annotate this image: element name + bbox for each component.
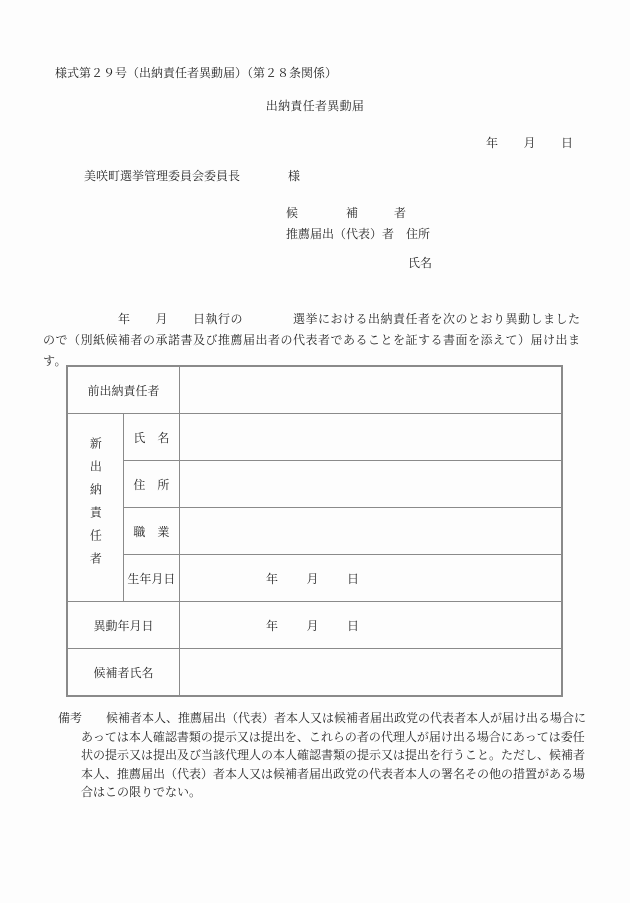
remarks-line-3: 状の提示又は提出及び当該代理人の本人確認書類の提示又は提出を行うこと。ただし、候… bbox=[81, 746, 586, 765]
body-paragraph-line-2: ので（別紙候補者の承諾書及び推薦届出者の代表者であることを証する書面を添えて）届… bbox=[43, 330, 581, 351]
birthdate-label-cell: 生年月日 bbox=[123, 555, 179, 602]
name-label: 氏名 bbox=[408, 257, 432, 269]
new-manager-group-cell: 新出納責任者 bbox=[67, 414, 123, 602]
name-label-cell: 氏 名 bbox=[123, 414, 179, 461]
change-date-value-cell: 年 月 日 bbox=[180, 602, 563, 649]
name-value-cell bbox=[180, 414, 563, 461]
table-row-new-manager-address: 住 所 bbox=[67, 461, 562, 508]
previous-manager-value-cell bbox=[180, 366, 563, 414]
candidate-name-value-cell bbox=[180, 649, 563, 697]
birthdate-date-placeholder: 年 月 日 bbox=[180, 570, 361, 587]
candidate-label: 候 補 者 bbox=[286, 207, 406, 219]
new-manager-vertical-label: 新出納責任者 bbox=[89, 437, 101, 575]
address-value-cell bbox=[180, 461, 563, 508]
addressee-line: 美咲町選挙管理委員会委員長 様 bbox=[84, 170, 300, 182]
remarks-note: 備考 候補者本人、推薦届出（代表）者本人又は候補者届出政党の代表者本人が届け出る… bbox=[58, 709, 586, 802]
document-title: 出納責任者異動届 bbox=[0, 100, 630, 112]
table-row-new-manager-birthdate: 生年月日 年 月 日 bbox=[67, 555, 562, 602]
table-row-new-manager-name: 新出納責任者 氏 名 bbox=[67, 414, 562, 461]
occupation-label-cell: 職 業 bbox=[123, 508, 179, 555]
table-row-previous-manager: 前出納責任者 bbox=[67, 366, 562, 414]
occupation-value-cell bbox=[180, 508, 563, 555]
representative-address-label: 推薦届出（代表）者 住所 bbox=[286, 228, 430, 240]
body-paragraph-line-1: 年 月 日執行の 選挙における出納責任者を次のとおり異動しました bbox=[43, 309, 581, 330]
remarks-line-1: 備考 候補者本人、推薦届出（代表）者本人又は候補者届出政党の代表者本人が届け出る… bbox=[58, 709, 586, 728]
remarks-line-4: 本人、推薦届出（代表）者本人又は候補者届出政党の代表者本人の署名その他の措置があ… bbox=[81, 765, 586, 784]
change-date-label-cell: 異動年月日 bbox=[67, 602, 180, 649]
address-label-cell: 住 所 bbox=[123, 461, 179, 508]
table-row-new-manager-occupation: 職 業 bbox=[67, 508, 562, 555]
document-page: 様式第２９号（出納責任者異動届）（第２８条関係） 出納責任者異動届 年 月 日 … bbox=[0, 0, 630, 903]
remarks-line-2: あっては本人確認書類の提示又は提出を、これらの者の代理人が届け出る場合にあっては… bbox=[81, 728, 586, 747]
remarks-line-5: 合はこの限りでない。 bbox=[81, 783, 586, 802]
body-paragraph: 年 月 日執行の 選挙における出納責任者を次のとおり異動しました ので（別紙候補… bbox=[43, 309, 581, 372]
candidate-name-label-cell: 候補者氏名 bbox=[67, 649, 180, 697]
form-number-line: 様式第２９号（出納責任者異動届）（第２８条関係） bbox=[55, 67, 337, 79]
table-row-change-date: 異動年月日 年 月 日 bbox=[67, 602, 562, 649]
manager-change-table: 前出納責任者 新出納責任者 氏 名 住 所 職 業 生年月日 年 月 日 異動年… bbox=[66, 365, 563, 697]
previous-manager-label-cell: 前出納責任者 bbox=[67, 366, 180, 414]
table-row-candidate-name: 候補者氏名 bbox=[67, 649, 562, 697]
submission-date-line: 年 月 日 bbox=[486, 137, 574, 149]
birthdate-value-cell: 年 月 日 bbox=[180, 555, 563, 602]
change-date-placeholder: 年 月 日 bbox=[180, 617, 361, 634]
